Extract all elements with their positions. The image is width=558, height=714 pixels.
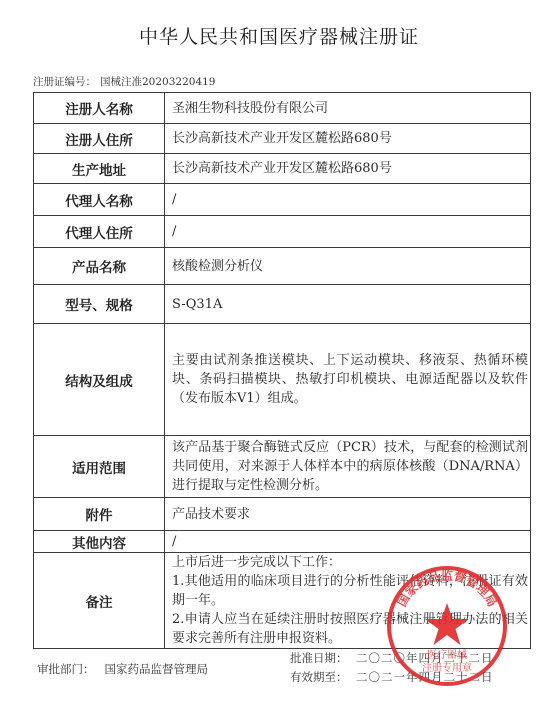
approval-date: 二〇二〇年四月二十二日 bbox=[356, 651, 494, 665]
dates-block: 批准日期：二〇二〇年四月二十二日 有效期至：二〇二一年四月二十二日 bbox=[290, 650, 494, 688]
row-value: 长沙高新技术产业开发区麓松路680号 bbox=[165, 124, 531, 154]
department-value: 国家药品监督管理局 bbox=[105, 662, 209, 676]
table-row: 代理人住所 / bbox=[34, 216, 531, 248]
approval-date-label: 批准日期： bbox=[290, 650, 356, 666]
row-value: / bbox=[165, 216, 531, 248]
table-row: 附件 产品技术要求 bbox=[34, 498, 531, 531]
row-label: 代理人住所 bbox=[34, 216, 165, 248]
approval-department: 审批部门：国家药品监督管理局 bbox=[37, 661, 208, 677]
row-value: 主要由试剂条推送模块、上下运动模块、移液泵、热循环模块、条码扫描模块、热敏打印机… bbox=[165, 324, 531, 436]
valid-until-label: 有效期至： bbox=[290, 669, 356, 685]
row-value: 产品技术要求 bbox=[165, 498, 531, 531]
row-label: 生产地址 bbox=[34, 154, 165, 184]
certificate-number: 国械注准20203220419 bbox=[100, 76, 216, 88]
row-label: 产品名称 bbox=[34, 248, 165, 285]
row-label: 注册人住所 bbox=[34, 124, 165, 154]
row-value: 核酸检测分析仪 bbox=[165, 248, 531, 285]
row-value: S-Q31A bbox=[165, 285, 531, 324]
row-label: 适用范围 bbox=[34, 436, 165, 498]
valid-until-row: 有效期至：二〇二一年四月二十二日 bbox=[290, 669, 494, 688]
table-row: 备注 上市后进一步完成以下工作： 1.其他适用的临床项目进行的分析性能评估资料，… bbox=[34, 553, 531, 649]
row-value: 长沙高新技术产业开发区麓松路680号 bbox=[165, 154, 531, 184]
row-label: 其他内容 bbox=[34, 531, 165, 553]
row-value: / bbox=[165, 531, 531, 553]
row-label: 注册人名称 bbox=[34, 93, 165, 124]
table-row: 注册人名称 圣湘生物科技股份有限公司 bbox=[34, 93, 531, 124]
row-label: 型号、规格 bbox=[34, 285, 165, 324]
department-label: 审批部门： bbox=[37, 662, 95, 676]
table-row: 产品名称 核酸检测分析仪 bbox=[34, 248, 531, 285]
certificate-number-label: 注册证编号： bbox=[33, 76, 96, 88]
certificate-number-line: 注册证编号：国械注准20203220419 bbox=[33, 74, 216, 89]
row-label: 附件 bbox=[34, 498, 165, 531]
table-row: 型号、规格 S-Q31A bbox=[34, 285, 531, 324]
row-value: 圣湘生物科技股份有限公司 bbox=[165, 93, 531, 124]
remarks-line: 1.其他适用的临床项目进行的分析性能评估资料，注册证有效期一年。 bbox=[172, 572, 528, 610]
row-value: / bbox=[165, 184, 531, 216]
remarks-value: 上市后进一步完成以下工作： 1.其他适用的临床项目进行的分析性能评估资料，注册证… bbox=[165, 553, 531, 649]
table-row: 代理人名称 / bbox=[34, 184, 531, 216]
row-label: 结构及组成 bbox=[34, 324, 165, 436]
table-row: 注册人住所 长沙高新技术产业开发区麓松路680号 bbox=[34, 124, 531, 154]
row-value: 该产品基于聚合酶链式反应（PCR）技术，与配套的检测试剂共同使用，对来源于人体样… bbox=[165, 436, 531, 498]
registration-table: 注册人名称 圣湘生物科技股份有限公司 注册人住所 长沙高新技术产业开发区麓松路6… bbox=[33, 92, 531, 649]
remarks-line: 上市后进一步完成以下工作： bbox=[172, 553, 528, 572]
table-row: 结构及组成 主要由试剂条推送模块、上下运动模块、移液泵、热循环模块、条码扫描模块… bbox=[34, 324, 531, 436]
row-label: 备注 bbox=[34, 553, 165, 649]
table-row: 生产地址 长沙高新技术产业开发区麓松路680号 bbox=[34, 154, 531, 184]
table-row: 其他内容 / bbox=[34, 531, 531, 553]
remarks-line: 2.申请人应当在延续注册时按照医疗器械注册管理办法的相关要求完善所有注册申报资料… bbox=[172, 610, 528, 648]
table-row: 适用范围 该产品基于聚合酶链式反应（PCR）技术，与配套的检测试剂共同使用，对来… bbox=[34, 436, 531, 498]
row-label: 代理人名称 bbox=[34, 184, 165, 216]
approval-date-row: 批准日期：二〇二〇年四月二十二日 bbox=[290, 650, 494, 669]
valid-until-date: 二〇二一年四月二十二日 bbox=[356, 670, 494, 684]
document-title: 中华人民共和国医疗器械注册证 bbox=[0, 22, 558, 49]
